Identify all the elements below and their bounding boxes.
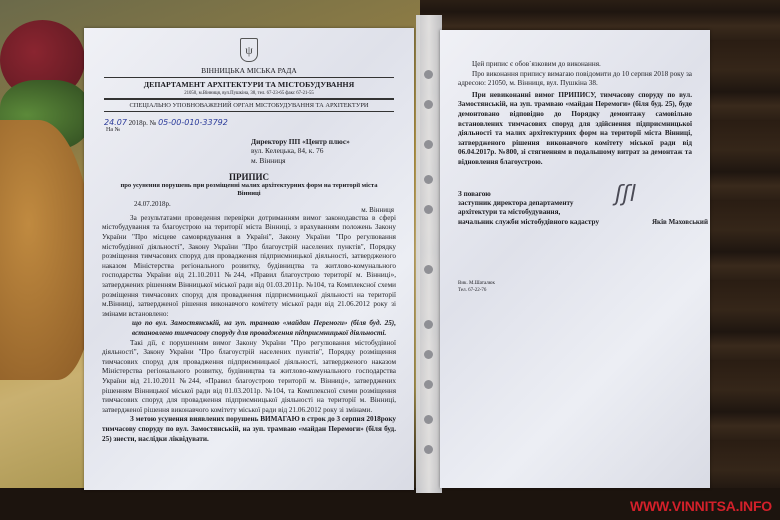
- council-name: ВІННИЦЬКА МІСЬКА РАДА: [84, 66, 414, 75]
- document-right-page: Цей припис є обов`язковим до виконання. …: [440, 30, 710, 488]
- document-subtitle: про усунення порушень при розміщенні мал…: [84, 182, 414, 198]
- document-left-page: ψ ВІННИЦЬКА МІСЬКА РАДА ДЕПАРТАМЕНТ АРХІ…: [84, 28, 414, 490]
- document-title: ПРИПИС: [84, 172, 414, 182]
- reference-line: 24.07 2018р. № 05-00-010-33792: [84, 118, 414, 127]
- signer-name: Яків Маховський: [652, 218, 708, 226]
- obligation-line: Цей припис є обов`язковим до виконання.: [440, 30, 710, 70]
- date-city-line: 24.07.2018р. м. Вінниця: [84, 198, 414, 214]
- department-address: 21050, м.Вінниця, вул.Пушкіна, 38, тел. …: [84, 91, 414, 96]
- trident-emblem-icon: ψ: [240, 38, 258, 62]
- paragraph-violations: Такі дії, є порушенням вимог Закону Укра…: [84, 339, 414, 416]
- violation-bullet: що по вул. Замостянській, на зуп. трамва…: [84, 319, 414, 338]
- handwritten-signature: ʃʃl: [615, 182, 655, 222]
- sheet-protector-edge: [416, 15, 442, 493]
- authority-name: СПЕЦІАЛЬНО УПОВНОВАЖЕНИЙ ОРГАН МІСТОБУДУ…: [84, 102, 414, 109]
- recipient-block: Директору ПП «Центр плюс» вул. Келецька,…: [251, 137, 414, 166]
- executor-info: Вик. М.Шаталюк Тел. 67-22-76: [458, 280, 495, 294]
- site-watermark: WWW.VINNITSA.INFO: [630, 498, 772, 514]
- paragraph-findings: За результатами проведення перевірки дот…: [84, 214, 414, 320]
- department-name: ДЕПАРТАМЕНТ АРХІТЕКТУРИ ТА МІСТОБУДУВАНН…: [84, 80, 414, 89]
- reference-on: На №: [84, 127, 414, 133]
- dismantle-warning: При невиконанні вимог ПРИПИСУ, тимчасову…: [440, 89, 710, 168]
- report-deadline: Про виконання припису вимагаю повідомити…: [440, 70, 710, 89]
- paragraph-demand: З метою усунення виявлених порушень ВИМА…: [84, 415, 414, 444]
- signature-block: З повагою заступник директора департамен…: [458, 190, 599, 227]
